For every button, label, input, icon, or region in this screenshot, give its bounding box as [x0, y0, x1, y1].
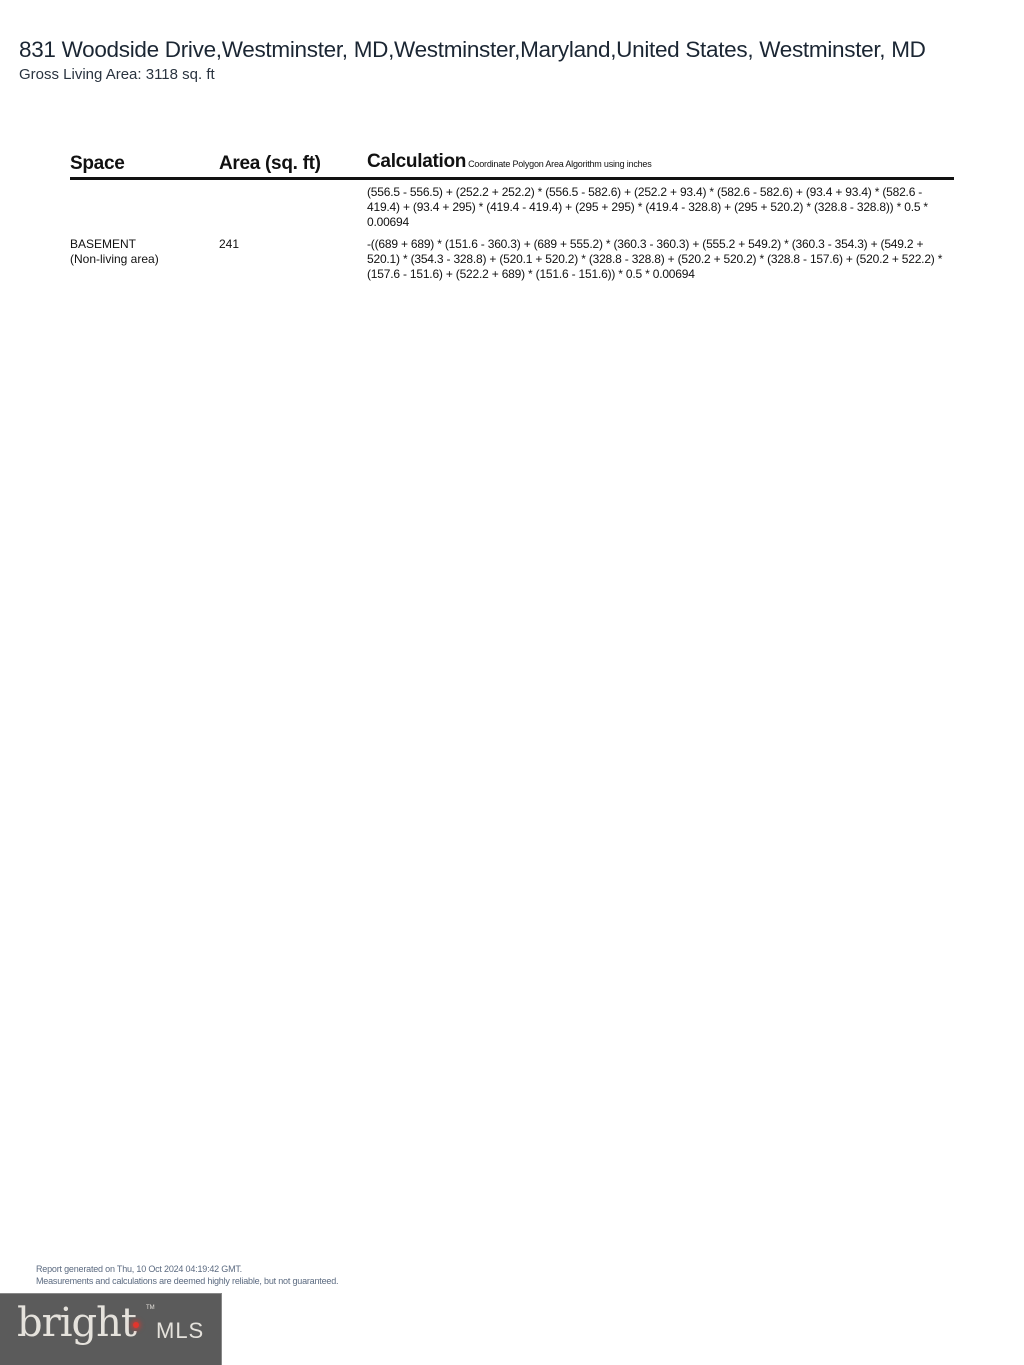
column-header-area: Area (sq. ft)	[219, 152, 367, 176]
space-cell: BASEMENT (Non-living area)	[70, 237, 219, 267]
table-row: (556.5 - 556.5) + (252.2 + 252.2) * (556…	[70, 185, 954, 230]
table-row: BASEMENT (Non-living area) 241 -((689 + …	[70, 237, 954, 282]
area-calculation-table: Space Area (sq. ft) CalculationCoordinat…	[70, 148, 954, 282]
disclaimer-text: Measurements and calculations are deemed…	[36, 1275, 338, 1287]
table-header: Space Area (sq. ft) CalculationCoordinat…	[70, 148, 954, 180]
calculation-method-note: Coordinate Polygon Area Algorithm using …	[468, 159, 651, 169]
report-header: 831 Woodside Drive,Westminster, MD,Westm…	[19, 36, 999, 84]
space-name: BASEMENT	[70, 237, 219, 252]
area-cell: 241	[219, 237, 367, 252]
trademark-symbol: TM	[146, 1305, 155, 1311]
report-generated-timestamp: Report generated on Thu, 10 Oct 2024 04:…	[36, 1263, 338, 1275]
calculation-label: Calculation	[367, 151, 466, 172]
logo-suffix: MLS	[156, 1318, 204, 1344]
gross-living-area: Gross Living Area: 3118 sq. ft	[19, 66, 999, 84]
logo-spark-icon	[133, 1322, 139, 1328]
calculation-cell: (556.5 - 556.5) + (252.2 + 252.2) * (556…	[367, 185, 954, 230]
property-address-title: 831 Woodside Drive,Westminster, MD,Westm…	[19, 36, 999, 64]
bright-mls-logo: bright TM MLS	[0, 1293, 222, 1365]
space-note: (Non-living area)	[70, 252, 219, 267]
calculation-cell: -((689 + 689) * (151.6 - 360.3) + (689 +…	[367, 237, 954, 282]
column-header-calculation: CalculationCoordinate Polygon Area Algor…	[367, 150, 954, 176]
report-footer: Report generated on Thu, 10 Oct 2024 04:…	[36, 1263, 338, 1287]
column-header-space: Space	[70, 152, 219, 176]
logo-wordmark: bright	[17, 1300, 136, 1346]
